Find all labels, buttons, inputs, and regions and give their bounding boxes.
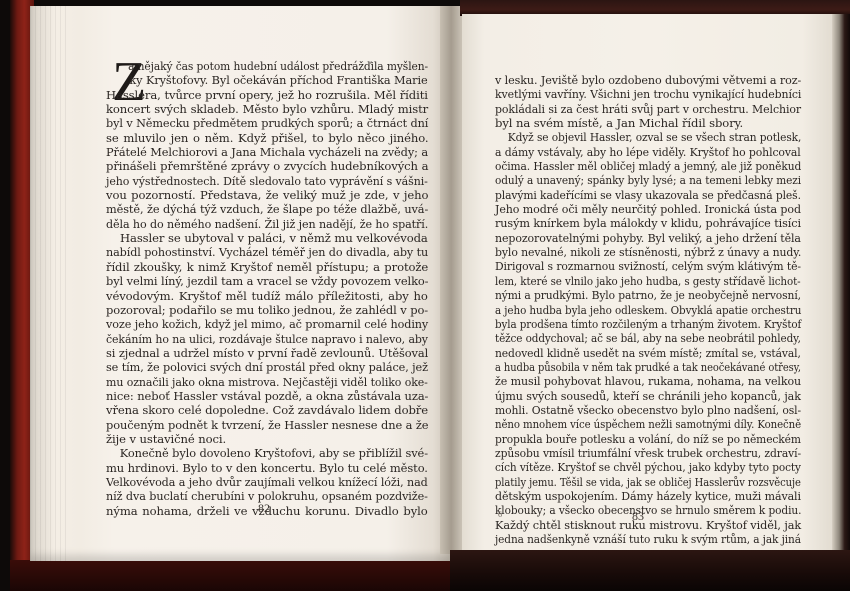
text-line: byl velmi líný, jezdil tam a vracel se v… bbox=[106, 274, 423, 288]
text-line: způsobu vmísil triumfální vřesk trubek o… bbox=[495, 446, 779, 460]
text-line: platily jemu. Těšil se vida, jak se obli… bbox=[495, 475, 759, 489]
text-line: jedna nadšenkyně vznáší tuto ruku k svým… bbox=[495, 532, 773, 546]
text-line: a hudba působila v něm tak prudké a tak … bbox=[495, 360, 757, 374]
text-line: přinášeli přemrštěné zprávy o zvycích hu… bbox=[106, 159, 428, 173]
text-line: ky Kryštofovy. Byl očekáván příchod Fran… bbox=[106, 73, 420, 87]
text-line: že musil pohybovat hlavou, rukama, noham… bbox=[495, 374, 787, 388]
signature-mark: 6 bbox=[498, 510, 502, 519]
book-cover-edge-bottom-left bbox=[10, 560, 450, 591]
text-line: újmu svých sousedů, kteří se chránili je… bbox=[495, 389, 788, 403]
text-line: bylo nevalné, nikoli ze stísněnosti, nýb… bbox=[495, 245, 782, 259]
text-line: Konečně bylo dovoleno Kryštofovi, aby se… bbox=[106, 446, 422, 460]
text-line: odulý a unavený; spánky byly lysé; a na … bbox=[495, 173, 773, 187]
text-line: vřena skoro celé dopoledne. Což zavdával… bbox=[106, 403, 428, 417]
text-line: nepozorovatelnými pohyby. Byl veliký, a … bbox=[495, 231, 785, 245]
text-line: Velkovévoda a jeho dvůr zaujímali velkou… bbox=[106, 475, 416, 489]
text-line: v lesku. Jeviště bylo ozdobeno dubovými … bbox=[495, 73, 789, 87]
text-line: a nějaký čas potom hudební událost předr… bbox=[106, 59, 402, 73]
text-line: děla ho do němého nadšení. Žil již jen n… bbox=[106, 217, 415, 231]
text-line: čekáním ho na ulici, rozdávaje štulce na… bbox=[106, 332, 410, 346]
text-line: poučeným podnět k tvrzení, že Hassler ne… bbox=[106, 418, 423, 432]
text-line: plavými kadeřícími se vlasy ukazovala se… bbox=[495, 188, 778, 202]
text-line: Když se objevil Hassler, ozval se se vše… bbox=[495, 130, 775, 144]
text-line: řídil zkoušky, k nimž Kryštof neměl přís… bbox=[106, 260, 428, 274]
text-line: rusým knírkem byla málokdy v klidu, pohr… bbox=[495, 216, 791, 230]
text-line: byl v Německu předmětem prudkých sporů; … bbox=[106, 116, 418, 130]
text-line: vou pozorností. Představa, že veliký muž… bbox=[106, 188, 428, 202]
right-page-text: v lesku. Jeviště bylo ozdobeno dubovými … bbox=[495, 73, 801, 546]
text-line: lem, které se vlnilo jako jeho hudba, s … bbox=[495, 274, 767, 288]
text-line: byl na svém místě, a Jan Michal řídil sb… bbox=[495, 116, 801, 130]
text-line: mu hrdinovi. Bylo to v den koncertu. Byl… bbox=[106, 461, 425, 475]
text-line: něno mnohem více úspěchem nežli samotným… bbox=[495, 417, 763, 431]
text-line: a jeho hudba byla jeho odleskem. Obvyklá… bbox=[495, 303, 769, 317]
text-line: Každý chtěl stisknout ruku mistrovu. Kry… bbox=[495, 518, 793, 532]
text-line: pokládali si za čest hráti svůj part v o… bbox=[495, 102, 784, 116]
text-line: propukla bouře potlesku a volání, do níž… bbox=[495, 432, 776, 446]
text-line: cích vítěze. Kryštof se chvěl pýchou, ja… bbox=[495, 460, 773, 474]
text-line: městě, že dýchá týž vzduch, že šlape po … bbox=[106, 202, 420, 216]
book-cover-edge-right bbox=[832, 14, 850, 574]
text-line: se tím, že polovici svých dní prostál př… bbox=[106, 360, 418, 374]
text-line: Jeho modré oči měly neurčitý pohled. Iro… bbox=[495, 202, 787, 216]
page-number-left: 82 bbox=[258, 501, 270, 516]
text-line: mohli. Ostatně všecko obecenstvo bylo pl… bbox=[495, 403, 780, 417]
text-line: žije v ustavičné noci. bbox=[106, 432, 428, 446]
text-line: dětským uspokojením. Dámy házely kytice,… bbox=[495, 489, 786, 503]
text-line: mu označili jako okna mistrova. Nejčastě… bbox=[106, 375, 411, 389]
text-line: koncert svých skladeb. Město bylo vzhůru… bbox=[106, 102, 428, 116]
text-line: nedovedl klidně usedět na svém místě; zm… bbox=[495, 346, 778, 360]
text-line: si zjednal a udržel místo v první řadě z… bbox=[106, 346, 423, 360]
text-line: nými a prudkými. Bylo patrno, že je neob… bbox=[495, 288, 777, 302]
text-line: nice: neboť Hassler vstával pozdě, a okn… bbox=[106, 389, 425, 403]
text-line: kvetlými vavříny. Všichni jen trochu vyn… bbox=[495, 87, 783, 101]
text-line: Dirigoval s rozmarnou svižností, celým s… bbox=[495, 259, 780, 273]
text-line: nabídl pohostinství. Vycházel téměř jen … bbox=[106, 245, 416, 259]
text-line: Přátelé Melchiorovi a Jana Michala vychá… bbox=[106, 145, 421, 159]
text-line: pozoroval; podařilo se mu toliko jednou,… bbox=[106, 303, 425, 317]
text-line: Hassler se ubytoval v paláci, v němž mu … bbox=[106, 231, 428, 245]
text-line: se mluvilo jen o něm. Když přišel, to by… bbox=[106, 131, 428, 145]
left-page-text: a nějaký čas potom hudební událost předr… bbox=[106, 59, 428, 518]
text-line: Hasslera, tvůrce první opery, jež ho roz… bbox=[106, 88, 428, 102]
text-line: byla prodšena tímto rozčileným a trhaným… bbox=[495, 317, 768, 331]
text-line: a dámy vstávaly, aby ho lépe viděly. Kry… bbox=[495, 145, 781, 159]
text-line: očima. Hassler měl obličej mladý a jemný… bbox=[495, 159, 776, 173]
page-number-right: 83 bbox=[632, 509, 644, 524]
text-line: těžce oddychoval; ač se bál, aby na sebe… bbox=[495, 331, 770, 345]
book-cover-edge-bottom-right bbox=[450, 550, 850, 591]
text-line: voze jeho kožich, když jel mimo, ač prom… bbox=[106, 317, 417, 331]
page-stack-edge bbox=[30, 6, 70, 561]
text-line: vévodovým. Kryštof měl tudíž málo přílež… bbox=[106, 289, 428, 303]
text-line: jeho výstřednostech. Dítě sledovalo tato… bbox=[106, 174, 412, 188]
